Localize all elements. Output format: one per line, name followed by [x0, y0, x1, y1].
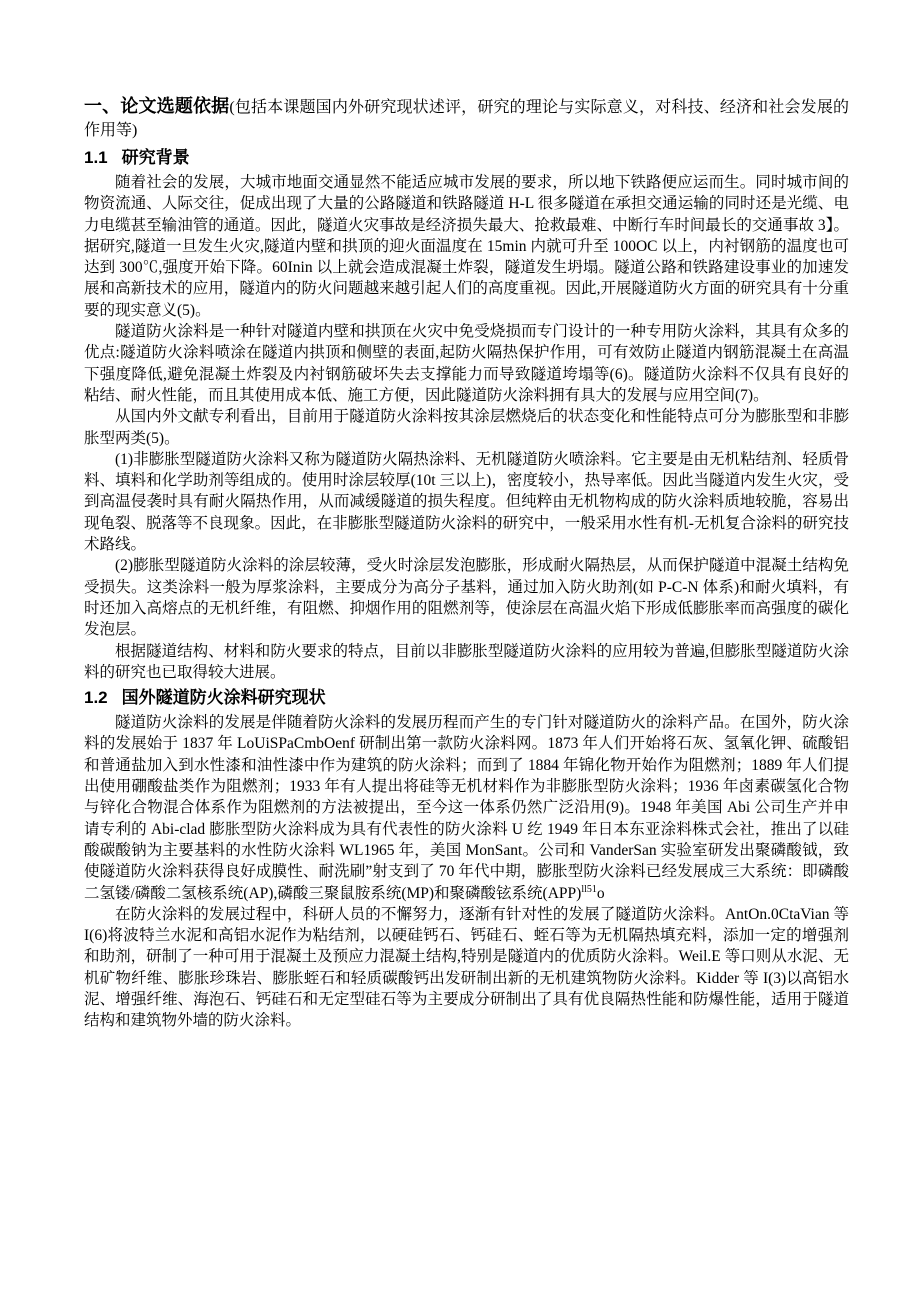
- paragraph-foreign-research-1: 隧道防火涂料的发展是伴随着防火涂料的发展历程而产生的专门针对隧道防火的涂料产品。…: [84, 712, 849, 904]
- paragraph-text: 隧道防火涂料的发展是伴随着防火涂料的发展历程而产生的专门针对隧道防火的涂料产品。…: [84, 714, 849, 901]
- paragraph-background-2: 隧道防火涂料是一种针对隧道内壁和拱顶在火灾中免受烧损而专门设计的一种专用防火涂料…: [84, 321, 849, 406]
- paragraph-foreign-research-2: 在防火涂料的发展过程中，科研人员的不懈努力，逐渐有针对性的发展了隧道防火涂料。A…: [84, 904, 849, 1032]
- main-heading-title: 一、论文选题依据: [84, 96, 229, 116]
- section-title: 研究背景: [122, 148, 190, 167]
- section-number: 1.1: [84, 148, 108, 167]
- section-title: 国外隧道防火涂料研究现状: [122, 688, 326, 707]
- paragraph-background-4: (1)非膨胀型隧道防火涂料又称为隧道防火隔热涂料、无机隧道防火喷涂料。它主要是由…: [84, 449, 849, 555]
- paragraph-background-5: (2)膨胀型隧道防火涂料的涂层较薄，受火时涂层发泡膨胀，形成耐火隔热层，从而保护…: [84, 555, 849, 640]
- main-heading: 一、论文选题依据(包括本课题国内外研究现状述评，研究的理论与实际意义，对科技、经…: [84, 95, 849, 142]
- section-number: 1.2: [84, 688, 108, 707]
- paragraph-background-3: 从国内外文献专利看出，目前用于隧道防火涂料按其涂层燃烧后的状态变化和性能特点可分…: [84, 406, 849, 449]
- paragraph-text-tail: o: [597, 885, 605, 902]
- section-heading-1-2: 1.2国外隧道防火涂料研究现状: [84, 686, 849, 709]
- section-heading-1-1: 1.1研究背景: [84, 146, 849, 169]
- document-page: 一、论文选题依据(包括本课题国内外研究现状述评，研究的理论与实际意义，对科技、经…: [0, 0, 920, 1301]
- reference-superscript: ll51: [581, 883, 597, 894]
- paragraph-background-6: 根据隧道结构、材料和防火要求的特点，目前以非膨胀型隧道防火涂料的应用较为普遍,但…: [84, 641, 849, 684]
- paragraph-background-1: 随着社会的发展，大城市地面交通显然不能适应城市发展的要求，所以地下铁路便应运而生…: [84, 172, 849, 321]
